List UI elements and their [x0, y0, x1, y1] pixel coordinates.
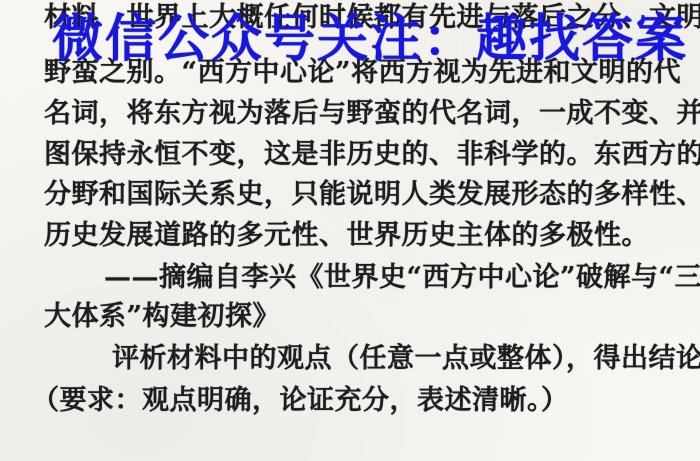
- source-attribution-line-2: 大体系”构建初探》: [44, 300, 669, 333]
- scanned-exam-page: 材料 世界上大概任何时候都有先进与落后之分、文明与 野蛮之别。“西方中心论”将西…: [0, 0, 700, 461]
- material-text-line-5: 分野和国际关系史，只能说明人类发展形态的多样性、: [44, 178, 669, 211]
- material-text-line-3: 名词，将东方视为落后与野蛮的代名词，一成不变、并企: [44, 97, 669, 130]
- question-prompt-line: 评析材料中的观点（任意一点或整体），得出结论。: [112, 342, 700, 375]
- source-attribution-line-1: ——摘编自李兴《世界史“西方中心论”破解与“三: [104, 261, 700, 294]
- material-text-line-4: 图保持永恒不变，这是非历史的、非科学的。东西方的: [44, 138, 669, 171]
- material-text-line-6: 历史发展道路的多元性、世界历史主体的多极性。: [44, 219, 669, 252]
- question-requirement-line: （要求：观点明确，论证充分，表述清晰。）: [32, 384, 657, 417]
- wechat-watermark-text: 微信公众号关注：趣找答案: [52, 12, 688, 68]
